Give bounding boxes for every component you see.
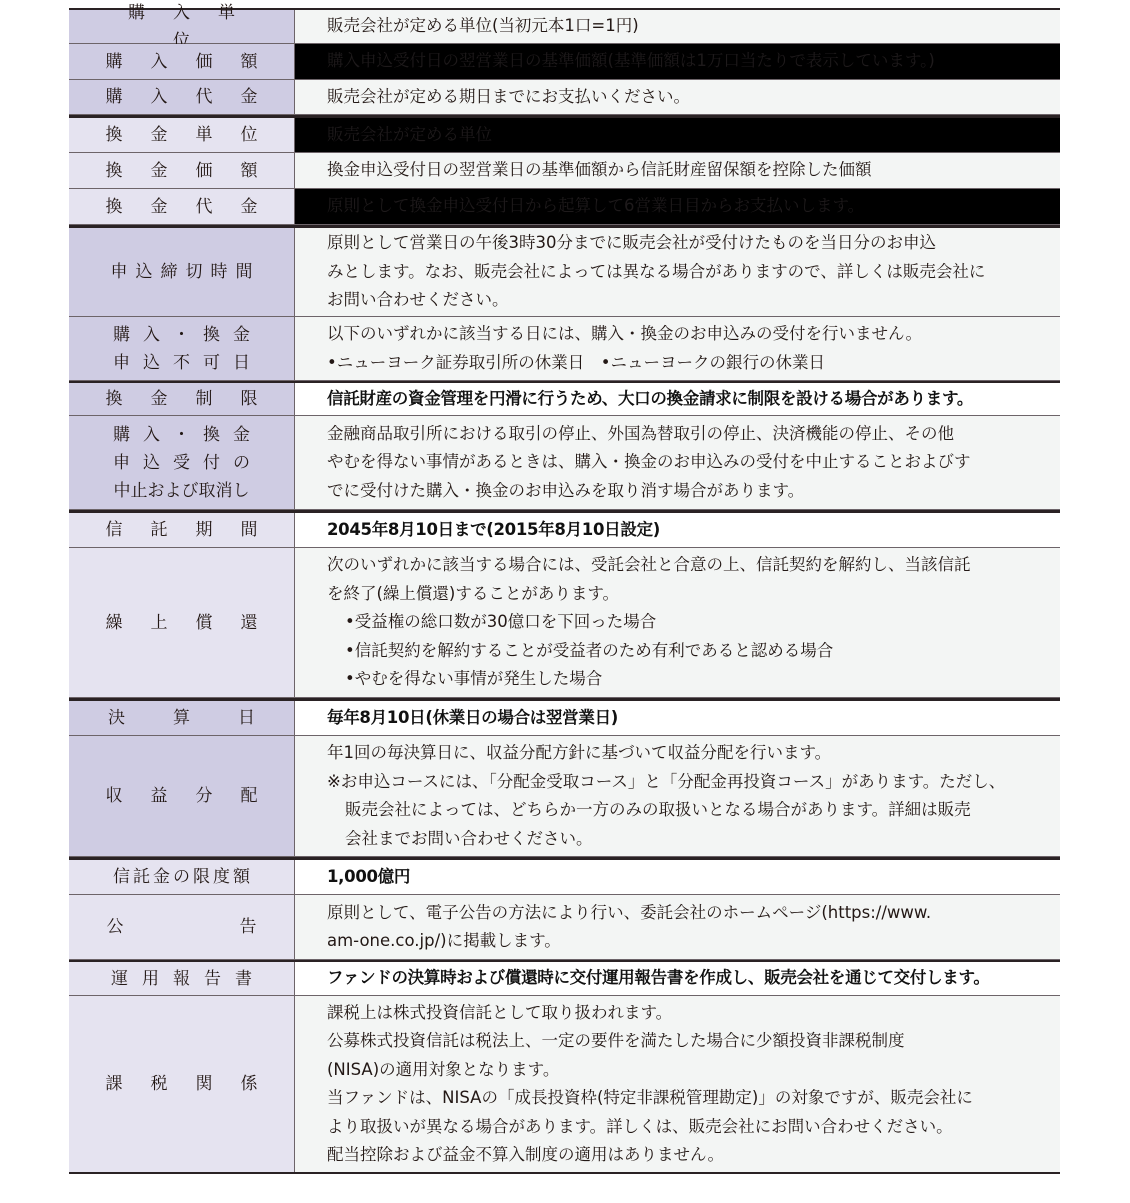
value-line: 課税上は株式投資信託として取り扱われます。	[327, 999, 1060, 1028]
value-line: お問い合わせください。	[327, 286, 1060, 315]
label-trust-limit: 信託金の限度額	[69, 860, 295, 894]
label-line: 申込受付の	[113, 449, 263, 477]
value-line: 原則として、電子公告の方法により行い、委託会社のホームページ(https://w…	[327, 899, 1060, 928]
value-text: 2045年8月10日まで(2015年8月10日設定)	[327, 516, 1060, 545]
row-suspension-cancellation: 購入・換金 申込受付の 中止および取消し 金融商品取引所における取引の停止、外国…	[69, 416, 1060, 510]
label-text: 換金代金	[106, 193, 286, 221]
label-purchase-price: 購入価額	[69, 44, 295, 79]
label-non-acceptance-days: 購入・換金 申込不可日	[69, 317, 295, 380]
value-line: 金融商品取引所における取引の停止、外国為替取引の停止、決済機能の停止、その他	[327, 420, 1060, 449]
row-purchase-price: 購入価額 購入申込受付日の翌営業日の基準価額(基準価額は1万口当たりで表示してい…	[69, 44, 1060, 80]
value-text: 信託財産の資金管理を円滑に行うため、大口の換金請求に制限を設ける場合があります。	[327, 385, 1060, 414]
note-line: 販売会社によっては、どちらか一方のみの取扱いとなる場合があります。詳細は販売	[327, 796, 1060, 825]
label-purchase-unit: 購入単位	[69, 10, 295, 43]
row-trust-limit: 信託金の限度額 1,000億円	[69, 857, 1060, 895]
value-line: 次のいずれかに該当する場合には、受託会社と合意の上、信託契約を解約し、当該信託	[327, 551, 1060, 580]
label-line: 申込不可日	[113, 349, 263, 377]
value-non-acceptance-days: 以下のいずれかに該当する日には、購入・換金のお申込みの受付を行いません。 •ニュ…	[295, 317, 1060, 380]
value-text: 原則として換金申込受付日から起算して6営業日目からお支払いします。	[327, 192, 1060, 221]
label-redemption-unit: 換金単位	[69, 118, 295, 152]
label-line: 中止および取消し	[113, 477, 250, 505]
value-line: 配当控除および益金不算入制度の適用はありません。	[327, 1141, 1060, 1170]
value-line: 原則として営業日の午後3時30分までに販売会社が受付けたものを当日分のお申込	[327, 229, 1060, 258]
value-redemption-price: 換金申込受付日の翌営業日の基準価額から信託財産留保額を控除した価額	[295, 153, 1060, 188]
value-line: •ニューヨーク証券取引所の休業日 •ニューヨークの銀行の休業日	[327, 349, 1060, 378]
row-public-notice: 公告 原則として、電子公告の方法により行い、委託会社のホームページ(https:…	[69, 895, 1060, 960]
label-line: 購入・換金	[113, 421, 263, 449]
row-trust-period: 信託期間 2045年8月10日まで(2015年8月10日設定)	[69, 510, 1060, 548]
value-public-notice: 原則として、電子公告の方法により行い、委託会社のホームページ(https://w…	[295, 895, 1060, 959]
label-application-deadline: 申込締切時間	[69, 228, 295, 316]
label-text: 購入代金	[106, 83, 286, 111]
value-trust-limit: 1,000億円	[295, 860, 1060, 894]
value-suspension-cancellation: 金融商品取引所における取引の停止、外国為替取引の停止、決済機能の停止、その他 や…	[295, 416, 1060, 509]
value-text: 販売会社が定める期日までにお支払いください。	[327, 83, 1060, 112]
bullet-item: •受益権の総口数が30億口を下回った場合	[327, 608, 1060, 637]
value-text: 購入申込受付日の翌営業日の基準価額(基準価額は1万口当たりで表示しています。)	[327, 47, 1060, 76]
value-line: 以下のいずれかに該当する日には、購入・換金のお申込みの受付を行いません。	[327, 320, 1060, 349]
note-line: ※お申込コースには、「分配金受取コース」と「分配金再投資コース」があります。ただ…	[327, 768, 1060, 797]
label-redemption-payment: 換金代金	[69, 189, 295, 224]
bullet-item: •やむを得ない事情が発生した場合	[327, 665, 1060, 694]
label-trust-period: 信託期間	[69, 513, 295, 547]
label-text: 課税関係	[106, 1070, 286, 1098]
label-public-notice: 公告	[69, 895, 295, 959]
value-line: am-one.co.jp/)に掲載します。	[327, 927, 1060, 956]
label-management-report: 運用報告書	[69, 962, 295, 995]
label-text: 購入価額	[106, 48, 286, 76]
label-redemption-limit: 換金制限	[69, 383, 295, 415]
value-text: 販売会社が定める単位	[327, 121, 1060, 150]
row-purchase-payment: 購入代金 販売会社が定める期日までにお支払いください。	[69, 80, 1060, 115]
label-text: 申込締切時間	[111, 258, 261, 286]
label-text: 換金単位	[106, 121, 286, 149]
value-text: 1,000億円	[327, 863, 1060, 892]
label-text: 信託金の限度額	[113, 863, 253, 891]
value-line: (NISA)の適用対象となります。	[327, 1056, 1060, 1085]
row-redemption-limit: 換金制限 信託財産の資金管理を円滑に行うため、大口の換金請求に制限を設ける場合が…	[69, 381, 1060, 416]
label-text: 繰上償還	[106, 609, 286, 637]
bullet-item: •信託契約を解約することが受益者のため有利であると認める場合	[327, 637, 1060, 666]
row-purchase-unit: 購入単位 販売会社が定める単位(当初元本1口=1円)	[69, 8, 1060, 44]
value-text: 換金申込受付日の翌営業日の基準価額から信託財産留保額を控除した価額	[327, 156, 1060, 185]
value-line: 年1回の毎決算日に、収益分配方針に基づいて収益分配を行います。	[327, 739, 1060, 768]
label-distribution: 収益分配	[69, 736, 295, 856]
value-line: みとします。なお、販売会社によっては異なる場合がありますので、詳しくは販売会社に	[327, 258, 1060, 287]
value-management-report: ファンドの決算時および償還時に交付運用報告書を作成し、販売会社を通じて交付します…	[295, 962, 1060, 995]
label-text: 換金価額	[106, 157, 286, 185]
row-non-acceptance-days: 購入・換金 申込不可日 以下のいずれかに該当する日には、購入・換金のお申込みの受…	[69, 317, 1060, 381]
value-purchase-unit: 販売会社が定める単位(当初元本1口=1円)	[295, 10, 1060, 43]
label-settlement-date: 決算日	[69, 701, 295, 735]
value-line: を終了(繰上償還)することがあります。	[327, 580, 1060, 609]
value-early-redemption: 次のいずれかに該当する場合には、受託会社と合意の上、信託契約を解約し、当該信託 …	[295, 548, 1060, 697]
label-text: 換金制限	[106, 385, 286, 413]
value-redemption-limit: 信託財産の資金管理を円滑に行うため、大口の換金請求に制限を設ける場合があります。	[295, 383, 1060, 415]
row-application-deadline: 申込締切時間 原則として営業日の午後3時30分までに販売会社が受付けたものを当日…	[69, 225, 1060, 317]
label-line: 購入・換金	[113, 321, 263, 349]
note-line: 会社までお問い合わせください。	[327, 825, 1060, 854]
row-redemption-price: 換金価額 換金申込受付日の翌営業日の基準価額から信託財産留保額を控除した価額	[69, 153, 1060, 189]
row-redemption-unit: 換金単位 販売会社が定める単位	[69, 115, 1060, 153]
row-taxation: 課税関係 課税上は株式投資信託として取り扱われます。 公募株式投資信託は税法上、…	[69, 996, 1060, 1174]
value-redemption-unit-redacted: 販売会社が定める単位	[295, 118, 1060, 152]
value-text: ファンドの決算時および償還時に交付運用報告書を作成し、販売会社を通じて交付します…	[327, 964, 1060, 993]
value-text: 毎年8月10日(休業日の場合は翌営業日)	[327, 704, 1060, 733]
label-text: 収益分配	[106, 782, 286, 810]
value-trust-period: 2045年8月10日まで(2015年8月10日設定)	[295, 513, 1060, 547]
value-distribution: 年1回の毎決算日に、収益分配方針に基づいて収益分配を行います。 ※お申込コースに…	[295, 736, 1060, 856]
value-line: 公募株式投資信託は税法上、一定の要件を満たした場合に少額投資非課税制度	[327, 1027, 1060, 1056]
value-text: 販売会社が定める単位(当初元本1口=1円)	[327, 12, 1060, 41]
label-text: 運用報告書	[111, 965, 266, 993]
row-early-redemption: 繰上償還 次のいずれかに該当する場合には、受託会社と合意の上、信託契約を解約し、…	[69, 548, 1060, 698]
label-text: 信託期間	[106, 516, 286, 544]
value-application-deadline: 原則として営業日の午後3時30分までに販売会社が受付けたものを当日分のお申込 み…	[295, 228, 1060, 316]
label-redemption-price: 換金価額	[69, 153, 295, 188]
fund-terms-table: 購入単位 販売会社が定める単位(当初元本1口=1円) 購入価額 購入申込受付日の…	[69, 8, 1060, 1174]
label-early-redemption: 繰上償還	[69, 548, 295, 697]
row-redemption-payment: 換金代金 原則として換金申込受付日から起算して6営業日目からお支払いします。	[69, 189, 1060, 225]
value-line: 当ファンドは、NISAの「成長投資枠(特定非課税管理勘定)」の対象ですが、販売会…	[327, 1084, 1060, 1113]
label-taxation: 課税関係	[69, 996, 295, 1172]
value-line: より取扱いが異なる場合があります。詳しくは、販売会社にお問い合わせください。	[327, 1113, 1060, 1142]
label-suspension-cancellation: 購入・換金 申込受付の 中止および取消し	[69, 416, 295, 509]
label-text: 決算日	[108, 704, 303, 732]
row-settlement-date: 決算日 毎年8月10日(休業日の場合は翌営業日)	[69, 698, 1060, 736]
value-line: やむを得ない事情があるときは、購入・換金のお申込みの受付を中止することおよびす	[327, 448, 1060, 477]
value-redemption-payment-redacted: 原則として換金申込受付日から起算して6営業日目からお支払いします。	[295, 189, 1060, 224]
value-settlement-date: 毎年8月10日(休業日の場合は翌営業日)	[295, 701, 1060, 735]
value-line: でに受付けた購入・換金のお申込みを取り消す場合があります。	[327, 477, 1060, 506]
row-management-report: 運用報告書 ファンドの決算時および償還時に交付運用報告書を作成し、販売会社を通じ…	[69, 960, 1060, 996]
value-purchase-payment: 販売会社が定める期日までにお支払いください。	[295, 80, 1060, 114]
value-purchase-price-redacted: 購入申込受付日の翌営業日の基準価額(基準価額は1万口当たりで表示しています。)	[295, 44, 1060, 79]
value-taxation: 課税上は株式投資信託として取り扱われます。 公募株式投資信託は税法上、一定の要件…	[295, 996, 1060, 1172]
label-purchase-payment: 購入代金	[69, 80, 295, 114]
row-distribution: 収益分配 年1回の毎決算日に、収益分配方針に基づいて収益分配を行います。 ※お申…	[69, 736, 1060, 857]
